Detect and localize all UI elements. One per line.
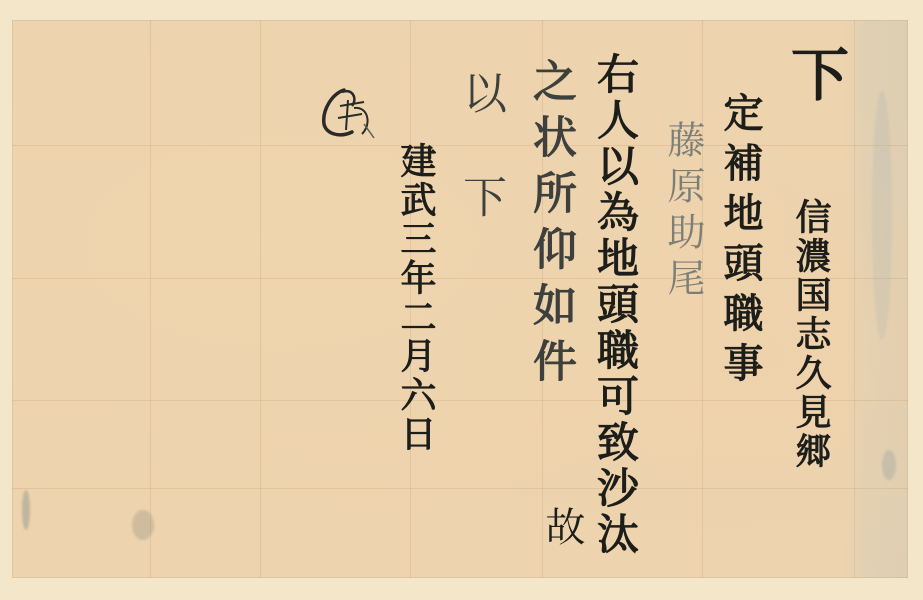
body-column-3: 以下 <box>458 70 502 278</box>
body-column-2: 之状所仰如件 <box>528 58 572 394</box>
subject-column: 定補地頭職事 <box>720 92 760 392</box>
addressee-column: 信濃国志久見郷 <box>793 198 829 471</box>
appointee-name-column: 藤原助尾 <box>664 120 702 304</box>
ink-stain <box>22 490 30 530</box>
grid-line <box>12 278 908 279</box>
body-column-1: 右人以為地頭職可致沙汰 <box>594 52 636 558</box>
date-column: 建武三年二月六日 <box>398 142 434 454</box>
heading-character: 下 <box>786 44 844 108</box>
closing-character: 故 <box>542 506 582 552</box>
ink-stain <box>132 510 154 540</box>
grid-line <box>260 20 261 578</box>
grid-line <box>12 488 908 489</box>
grid-line <box>12 400 908 401</box>
ink-stain <box>882 450 896 480</box>
paper-discoloration <box>872 90 892 340</box>
grid-line <box>150 20 151 578</box>
grid-line <box>854 20 855 578</box>
kao-signature-icon <box>318 84 378 140</box>
